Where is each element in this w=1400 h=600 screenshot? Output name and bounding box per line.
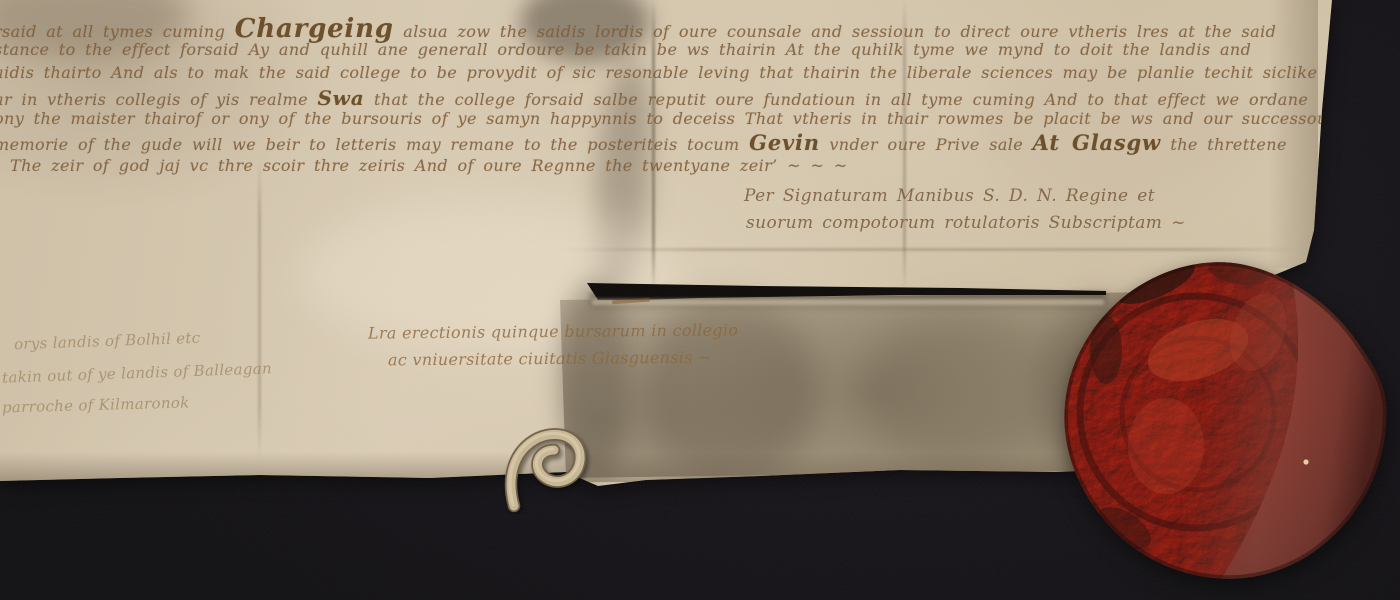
tag-highlight	[592, 299, 1104, 305]
endorsement-line: orys landis of Bolhil etc	[14, 329, 201, 353]
charter-text-line: memorie of the gude will we beir to lett…	[0, 130, 1287, 155]
emphasised-word: Swa	[317, 86, 364, 110]
docket-line: ac vniuersitate ciuitatis Glasguensis ~	[388, 348, 712, 370]
wax-smooth-shading	[1048, 232, 1392, 584]
charter-text-line: ar in vtheris collegis of yis realme Swa…	[0, 86, 1308, 110]
subscription-line: suorum compotorum rotulatoris Subscripta…	[746, 213, 1186, 233]
endorsement-line: takin out of ye landis of Balleagan	[2, 359, 272, 386]
photo-stage: rsaid at all tymes cuming Chargeing alsu…	[0, 0, 1400, 600]
charter-text-line: ony the maister thairof or ony of the bu…	[0, 109, 1350, 128]
crease	[258, 160, 261, 460]
wax-speck	[1303, 459, 1308, 464]
emphasised-word: At Glasgw	[1033, 130, 1161, 155]
stain	[860, 310, 1080, 470]
charter-text-line: stance to the effect forsaid Ay and quhi…	[0, 40, 1251, 59]
endorsement-line: parroche of Kilmaronok	[2, 394, 190, 417]
charter-text-line: The zeir of god jaj vc thre scoir thre z…	[10, 156, 848, 175]
subscription-line: Per Signaturam Manibus S. D. N. Regine e…	[744, 186, 1155, 206]
docket-line: Lra erectionis quinque bursarum in colle…	[368, 320, 738, 342]
curled-tag-strip	[498, 410, 598, 514]
charter-text-line: aidis thairto And als to mak the said co…	[0, 63, 1317, 82]
emphasised-word: Gevin	[749, 130, 820, 155]
wax-seal	[1048, 232, 1392, 584]
